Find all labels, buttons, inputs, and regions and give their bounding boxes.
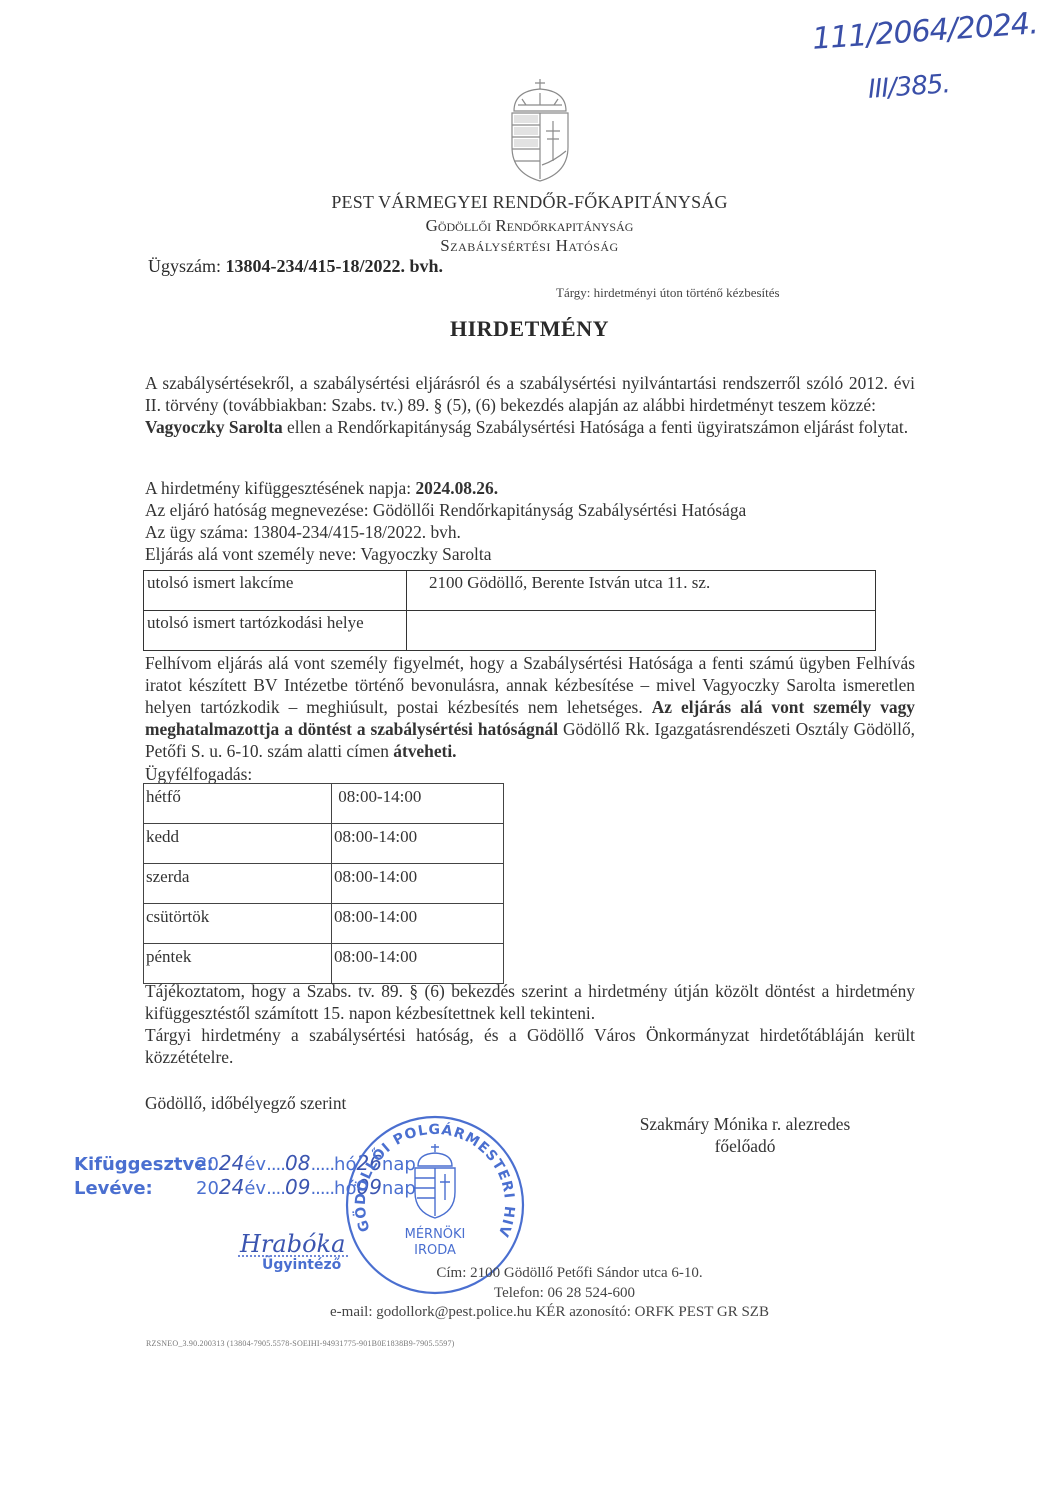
- signer-title: főelőadó: [600, 1135, 890, 1157]
- day-cell: hétfő: [144, 784, 332, 824]
- person-label: Eljárás alá vont személy neve:: [145, 544, 361, 564]
- table-row: utolsó ismert tartózkodási helye: [144, 611, 876, 651]
- case-no-value: 13804-234/415-18/2022. bvh.: [253, 522, 461, 542]
- handwritten-reference-1: 111/2064/2024.: [811, 6, 1039, 57]
- closing-info: Tájékoztatom, hogy a Szabs. tv. 89. § (6…: [145, 980, 915, 1024]
- posting-date-line: A hirdetmény kifüggesztésének napja: 202…: [145, 477, 746, 499]
- year-suffix: év: [244, 1178, 266, 1199]
- intro-person-line: Vagyoczky Sarolta ellen a Rendőrkapitány…: [145, 416, 915, 438]
- residence-label-cell: utolsó ismert tartózkodási helye: [144, 611, 407, 651]
- intro-paragraph: A szabálysértésekről, a szabálysértési e…: [145, 372, 915, 438]
- table-row: hétfő 08:00-14:00: [144, 784, 504, 824]
- authority-value: Gödöllői Rendőrkapitányság Szabálysértés…: [373, 500, 746, 520]
- person-line: Eljárás alá vont személy neve: Vagyoczky…: [145, 543, 746, 565]
- contact-phone: Telefon: 06 28 524-600: [0, 1283, 1059, 1303]
- table-row: péntek08:00-14:00: [144, 944, 504, 984]
- address-value-cell: 2100 Gödöllő, Berente István utca 11. sz…: [407, 571, 876, 611]
- case-no-label: Az ügy száma:: [145, 522, 253, 542]
- notice-bold-2: átveheti.: [393, 741, 456, 761]
- office-hours-table: hétfő 08:00-14:00 kedd08:00-14:00 szerda…: [143, 783, 504, 984]
- subject-line: Tárgy: hirdetményi úton történő kézbesít…: [556, 285, 780, 301]
- table-row: szerda08:00-14:00: [144, 864, 504, 904]
- day-cell: péntek: [144, 944, 332, 984]
- org-name-line-1: PEST VÁRMEGYEI RENDŐR-FŐKAPITÁNYSÁG: [0, 192, 1059, 213]
- place-date: Gödöllő, időbélyegző szerint: [145, 1093, 346, 1114]
- posted-month: 08: [285, 1151, 310, 1175]
- posting-date-label: A hirdetmény kifüggesztésének napja:: [145, 478, 415, 498]
- year-prefix: 20: [196, 1178, 219, 1199]
- notice-paragraph: Felhívom eljárás alá vont személy figyel…: [145, 652, 915, 762]
- handwritten-reference-2: III/385.: [867, 69, 951, 105]
- case-number-label: Ügyszám:: [148, 256, 221, 276]
- coat-of-arms-icon: [500, 75, 580, 185]
- hours-cell: 08:00-14:00: [332, 944, 504, 984]
- authority-label: Az eljáró hatóság megnevezése:: [145, 500, 373, 520]
- year-prefix: 20: [196, 1154, 219, 1175]
- case-number: Ügyszám: 13804-234/415-18/2022. bvh.: [148, 256, 443, 277]
- case-number-value: 13804-234/415-18/2022. bvh.: [225, 256, 443, 276]
- clerk-signature: Hrabóka: [240, 1230, 345, 1258]
- contact-email: e-mail: godollork@pest.police.hu KÉR azo…: [0, 1302, 1059, 1322]
- org-name-line-3: Szabálysértési Hatóság: [0, 236, 1059, 256]
- table-row: kedd08:00-14:00: [144, 824, 504, 864]
- svg-text:MÉRNÖKI: MÉRNÖKI: [405, 1225, 466, 1242]
- svg-text:IRODA: IRODA: [414, 1243, 456, 1258]
- removed-year: 24: [219, 1175, 244, 1199]
- office-hours-label: Ügyfélfogadás:: [145, 764, 252, 785]
- address-table: utolsó ismert lakcíme 2100 Gödöllő, Bere…: [143, 570, 876, 651]
- signer-name: Szakmáry Mónika r. alezredes: [600, 1113, 890, 1135]
- closing-publication: Tárgyi hirdetmény a szabálysértési hatós…: [145, 1024, 915, 1068]
- hours-cell: 08:00-14:00: [332, 784, 504, 824]
- removed-month: 09: [285, 1175, 310, 1199]
- address-label-cell: utolsó ismert lakcíme: [144, 571, 407, 611]
- posted-label: Kifüggesztve:: [74, 1154, 196, 1176]
- document-code: RZSNEO_3.90.200313 (13804-7905.5578-SOEI…: [146, 1339, 455, 1348]
- day-cell: kedd: [144, 824, 332, 864]
- day-cell: csütörtök: [144, 904, 332, 944]
- person-name-bold: Vagyoczky Sarolta: [145, 417, 283, 437]
- year-suffix: év: [244, 1154, 266, 1175]
- posting-date-value: 2024.08.26.: [415, 478, 498, 498]
- table-row: csütörtök08:00-14:00: [144, 904, 504, 944]
- posted-year: 24: [219, 1151, 244, 1175]
- removed-label: Levéve:: [74, 1178, 196, 1200]
- table-row: utolsó ismert lakcíme 2100 Gödöllő, Bere…: [144, 571, 876, 611]
- day-cell: szerda: [144, 864, 332, 904]
- case-no-line: Az ügy száma: 13804-234/415-18/2022. bvh…: [145, 521, 746, 543]
- details-block: A hirdetmény kifüggesztésének napja: 202…: [145, 477, 746, 565]
- svg-text:GÖDÖLLŐI POLGÁRMESTERI HIVATAL: GÖDÖLLŐI POLGÁRMESTERI HIVATAL: [340, 1110, 517, 1239]
- closing-block: Tájékoztatom, hogy a Szabs. tv. 89. § (6…: [145, 980, 915, 1068]
- residence-value-cell: [407, 611, 876, 651]
- document-title: HIRDETMÉNY: [0, 316, 1059, 342]
- hours-cell: 08:00-14:00: [332, 904, 504, 944]
- hours-cell: 08:00-14:00: [332, 864, 504, 904]
- contact-address: Cím: 2100 Gödöllő Petőfi Sándor utca 6-1…: [0, 1263, 1059, 1283]
- hours-cell: 08:00-14:00: [332, 824, 504, 864]
- person-value: Vagyoczky Sarolta: [361, 544, 492, 564]
- intro-text: A szabálysértésekről, a szabálysértési e…: [145, 372, 915, 416]
- authority-line: Az eljáró hatóság megnevezése: Gödöllői …: [145, 499, 746, 521]
- org-name-line-2: Gödöllői Rendőrkapitányság: [0, 216, 1059, 236]
- intro-person-rest: ellen a Rendőrkapitányság Szabálysértési…: [283, 417, 908, 437]
- signer-block: Szakmáry Mónika r. alezredes főelőadó: [600, 1113, 890, 1157]
